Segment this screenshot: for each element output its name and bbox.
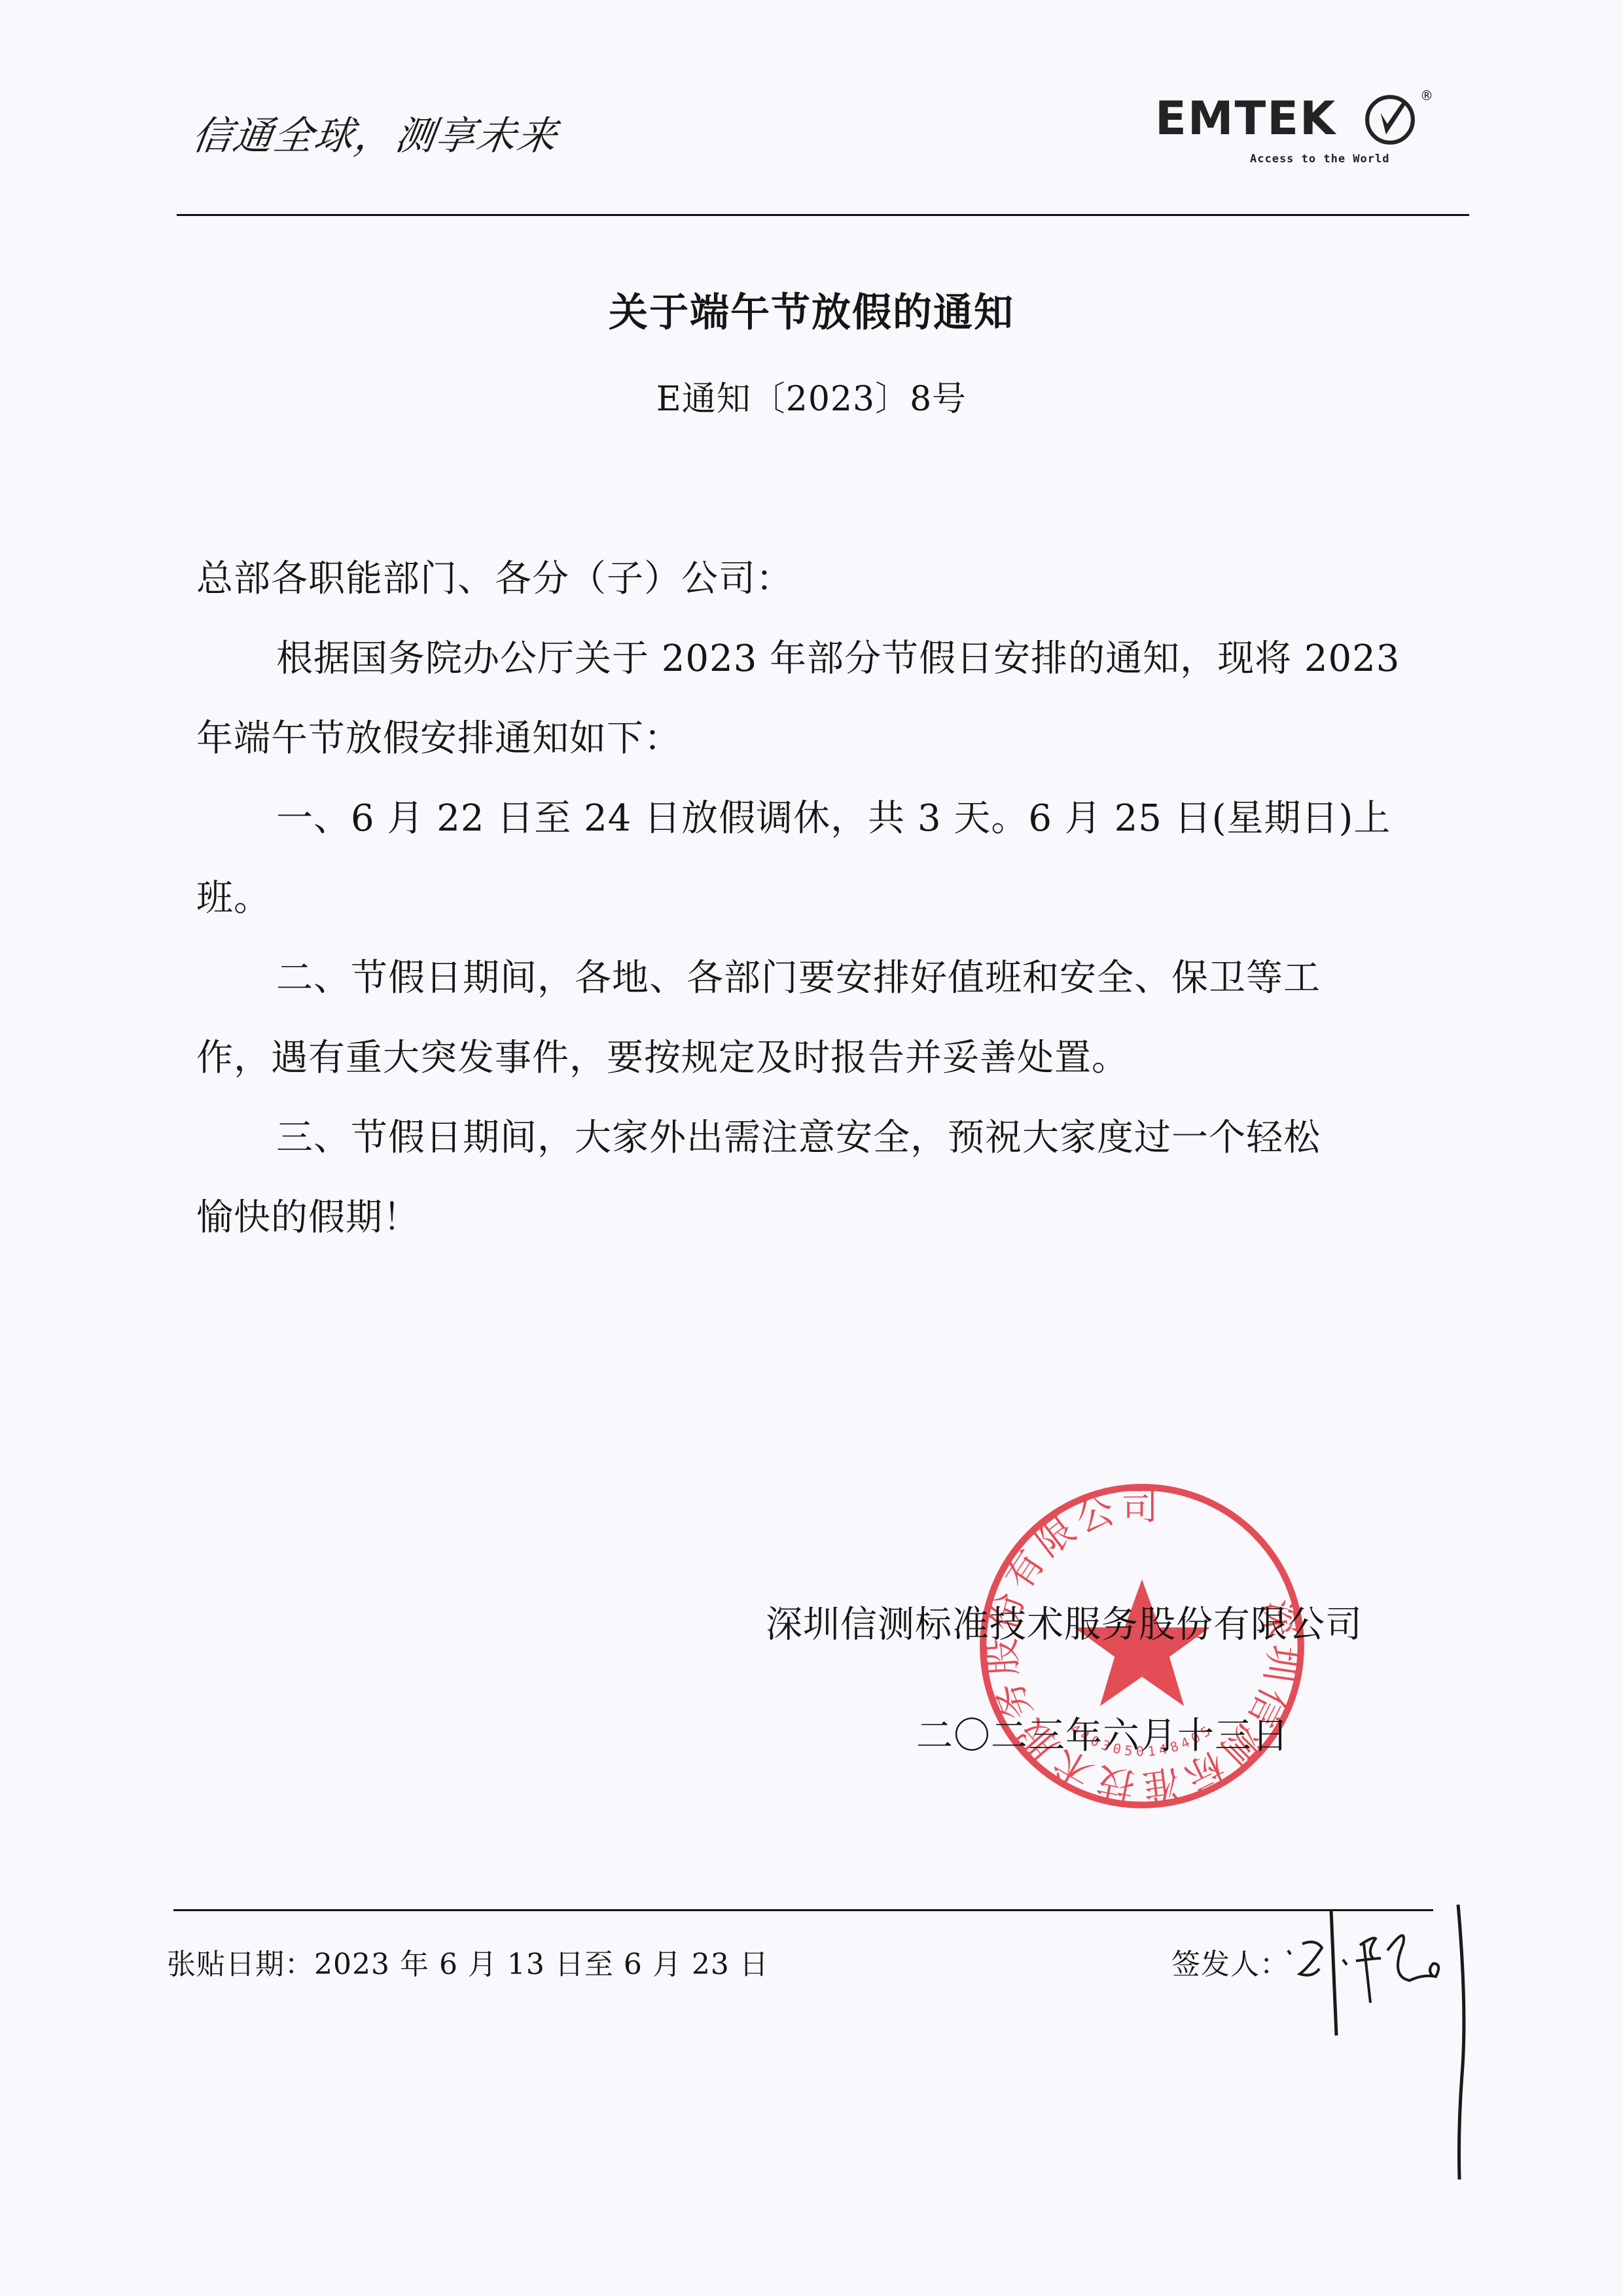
- signer-label: 签发人：: [1171, 1941, 1289, 1982]
- company-slogan: 信通全球，测享未来: [189, 105, 562, 161]
- issue-date: 二〇二三年六月十三日: [916, 1707, 1289, 1759]
- paragraph-2-line-2: 班。: [196, 879, 271, 918]
- emtek-logo: EMTEK ® Access to the World: [1155, 92, 1450, 177]
- paragraph-2-line-1: 一、6 月 22 日至 24 日放假调休，共 3 天。6 月 25 日(星期日)…: [276, 799, 1391, 838]
- paragraph-3-line-2: 作，遇有重大突发事件，要按规定及时报告并妥善处置。: [196, 1039, 1129, 1078]
- handwritten-signature: [1283, 1905, 1492, 2179]
- paragraph-1-line-1: 根据国务院办公厅关于 2023 年部分节假日安排的通知，现将 2023: [276, 639, 1400, 679]
- salutation: 总部各职能部门、各分（子）公司：: [196, 560, 793, 599]
- footer-divider: [173, 1909, 1433, 1911]
- paragraph-3-line-1: 二、节假日期间，各地、各部门要安排好值班和安全、保卫等工: [276, 959, 1321, 998]
- paragraph-4-line-2: 愉快的假期！: [196, 1198, 420, 1238]
- logo-tagline: Access to the World: [1250, 152, 1389, 166]
- registered-mark: ®: [1420, 88, 1433, 103]
- header-divider: [177, 214, 1469, 216]
- check-circle-icon: [1363, 93, 1417, 147]
- paragraph-1-line-2: 年端午节放假安排通知如下：: [196, 719, 681, 759]
- paragraph-4-line-1: 三、节假日期间，大家外出需注意安全，预祝大家度过一个轻松: [276, 1119, 1321, 1158]
- issuing-company: 深圳信测标准技术服务股份有限公司: [766, 1596, 1363, 1648]
- logo-wordmark: EMTEK: [1155, 92, 1336, 145]
- document-number: E通知〔2023〕8号: [0, 371, 1623, 420]
- posting-period: 张贴日期：2023 年 6 月 13 日至 6 月 23 日: [167, 1941, 769, 1982]
- document-title: 关于端午节放假的通知: [0, 281, 1623, 338]
